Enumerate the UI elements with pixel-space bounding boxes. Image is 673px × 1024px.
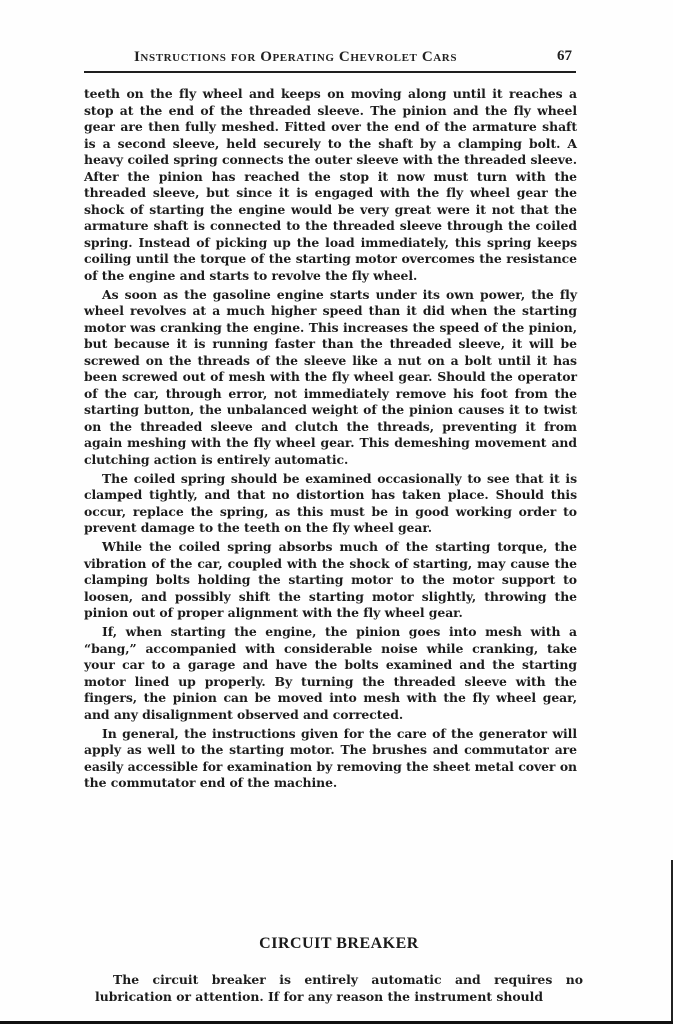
paragraph: While the coiled spring absorbs much of …	[84, 539, 577, 622]
running-header: Instructions for Operating Chevrolet Car…	[84, 47, 576, 73]
paragraph-continuation: teeth on the fly wheel and keeps on movi…	[84, 86, 577, 284]
section-body: The circuit breaker is entirely automati…	[95, 972, 583, 1005]
paragraph: The coiled spring should be examined occ…	[84, 471, 577, 537]
section-heading: CIRCUIT BREAKER	[84, 935, 594, 953]
paragraph: In general, the instructions given for t…	[84, 726, 577, 792]
paragraph: The circuit breaker is entirely automati…	[95, 972, 583, 1005]
document-page: Instructions for Operating Chevrolet Car…	[0, 0, 673, 1024]
body-text: teeth on the fly wheel and keeps on movi…	[84, 86, 577, 792]
page-number: 67	[557, 48, 572, 65]
running-title: Instructions for Operating Chevrolet Car…	[134, 49, 457, 66]
paragraph: If, when starting the engine, the pinion…	[84, 624, 577, 723]
paragraph: As soon as the gasoline engine starts un…	[84, 287, 577, 469]
